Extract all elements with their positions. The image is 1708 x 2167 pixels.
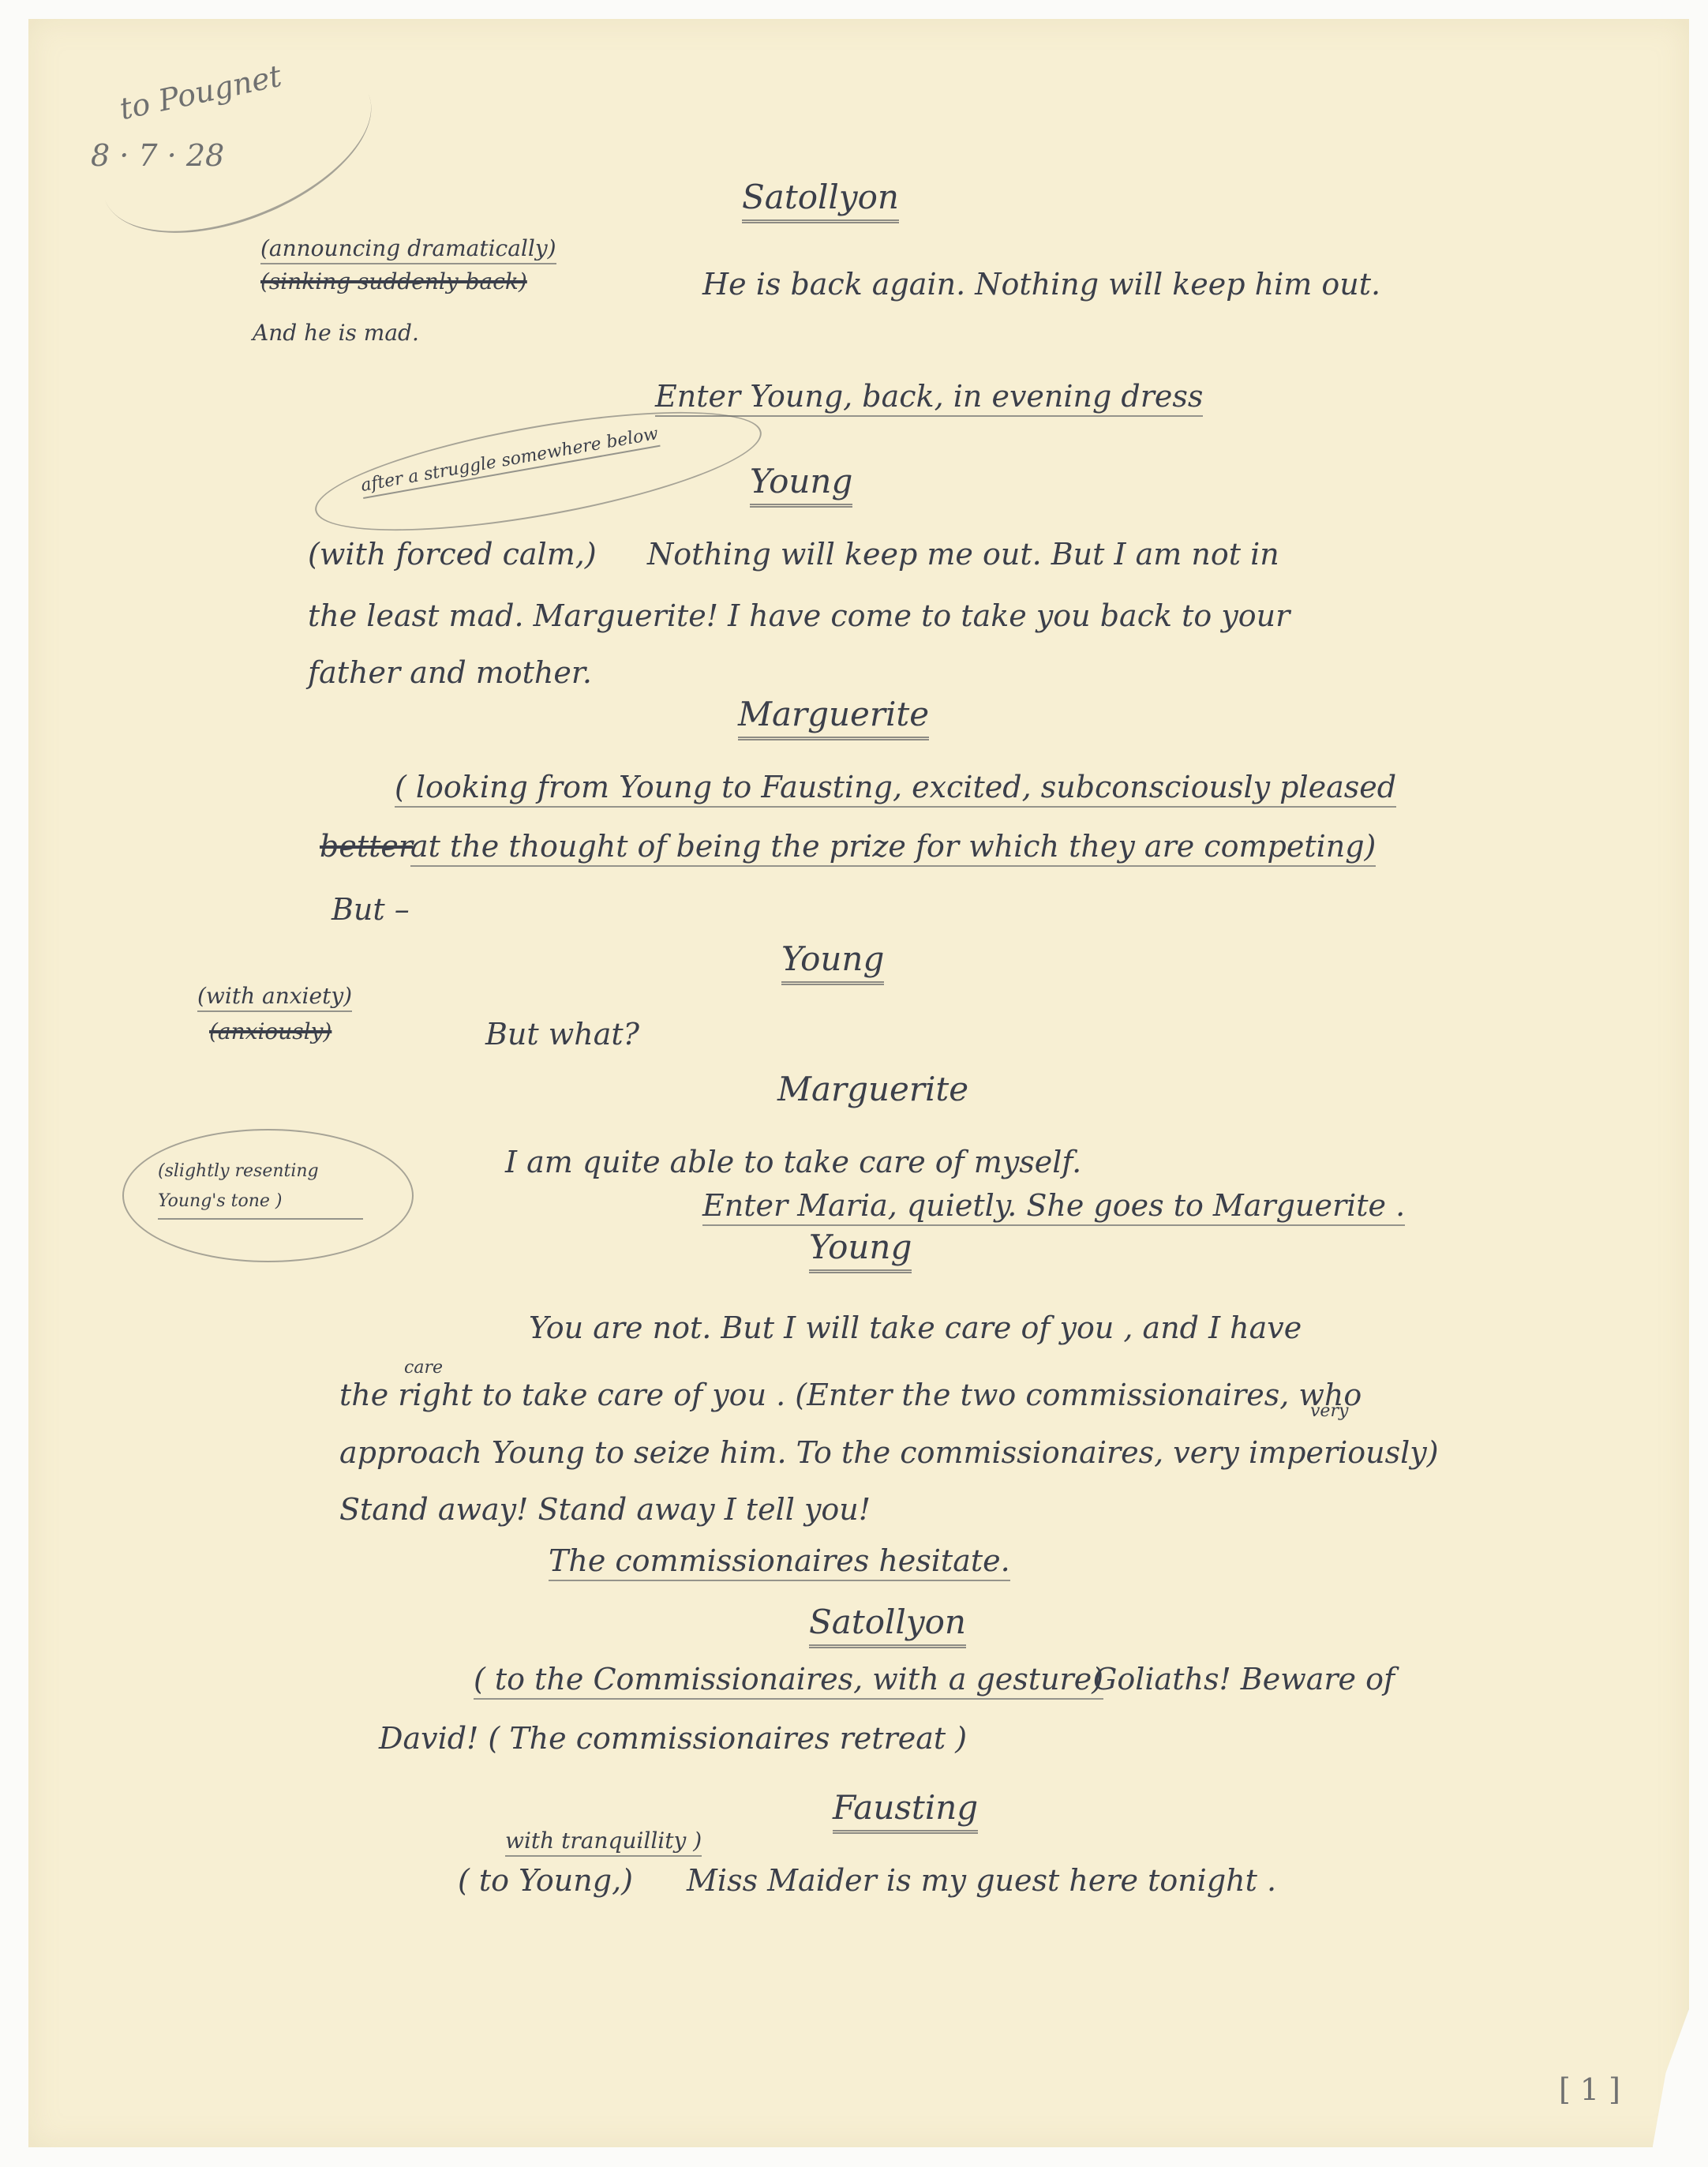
dialogue-line: He is back again. Nothing will keep him …	[702, 267, 1380, 302]
inserted-word: care	[404, 1358, 443, 1378]
dialogue-line: the least mad. Marguerite! I have come t…	[308, 598, 1290, 633]
speaker-name: Marguerite	[777, 1070, 968, 1108]
speaker-name: Marguerite	[738, 695, 929, 740]
stage-direction: ( to the Commissionaires, with a gesture…	[474, 1662, 1103, 1700]
speaker-name: Young	[809, 1228, 912, 1273]
stage-direction: Enter Maria, quietly. She goes to Margue…	[702, 1188, 1405, 1226]
speaker-name: Young	[781, 939, 884, 985]
stage-direction: (with forced calm,)	[308, 537, 597, 572]
dialogue-line: But –	[331, 892, 410, 927]
dialogue-line: Nothing will keep me out. But I am not i…	[647, 537, 1279, 572]
stage-direction: (with anxiety)	[197, 983, 352, 1012]
inserted-direction: with tranquillity )	[505, 1828, 702, 1857]
stage-direction: (announcing dramatically)	[260, 235, 556, 264]
speaker-name: Young	[750, 462, 852, 508]
dialogue-line: the right to take care of you . (Enter t…	[339, 1378, 1362, 1412]
stage-direction: Enter Young, back, in evening dress	[655, 379, 1203, 417]
dialogue-line: Goliaths! Beware of	[1093, 1662, 1395, 1696]
dialogue-line: father and mother.	[308, 655, 592, 690]
struck-direction: (sinking suddenly back)	[260, 268, 527, 294]
dialogue-line: Miss Maider is my guest here tonight .	[687, 1863, 1276, 1898]
speaker-name: Satollyon	[742, 178, 899, 223]
stage-direction: at the thought of being the prize for wh…	[410, 829, 1376, 867]
dialogue-line: David! ( The commissionaires retreat )	[379, 1721, 967, 1756]
inserted-word: very	[1310, 1401, 1348, 1421]
page-number: [ 1 ]	[1559, 2072, 1620, 2107]
dialogue-line: approach Young to seize him. To the comm…	[339, 1435, 1439, 1470]
stage-direction: The commissionaires hesitate.	[549, 1543, 1010, 1581]
margin-note: (slightly resenting Young's tone )	[158, 1157, 363, 1220]
dialogue-line: Stand away! Stand away I tell you!	[339, 1492, 871, 1527]
struck-direction: (anxiously)	[209, 1018, 331, 1044]
stage-direction: ( to Young,)	[458, 1863, 633, 1898]
speaker-name: Fausting	[833, 1788, 978, 1834]
dialogue-line: You are not. But I will take care of you…	[529, 1310, 1302, 1345]
dialogue-line: I am quite able to take care of myself.	[505, 1145, 1081, 1179]
stage-direction: ( looking from Young to Fausting, excite…	[395, 770, 1396, 808]
struck-word: better	[320, 829, 413, 864]
dialogue-line: But what?	[485, 1017, 639, 1052]
dialogue-line: And he is mad.	[253, 320, 419, 346]
speaker-name: Satollyon	[809, 1603, 966, 1648]
